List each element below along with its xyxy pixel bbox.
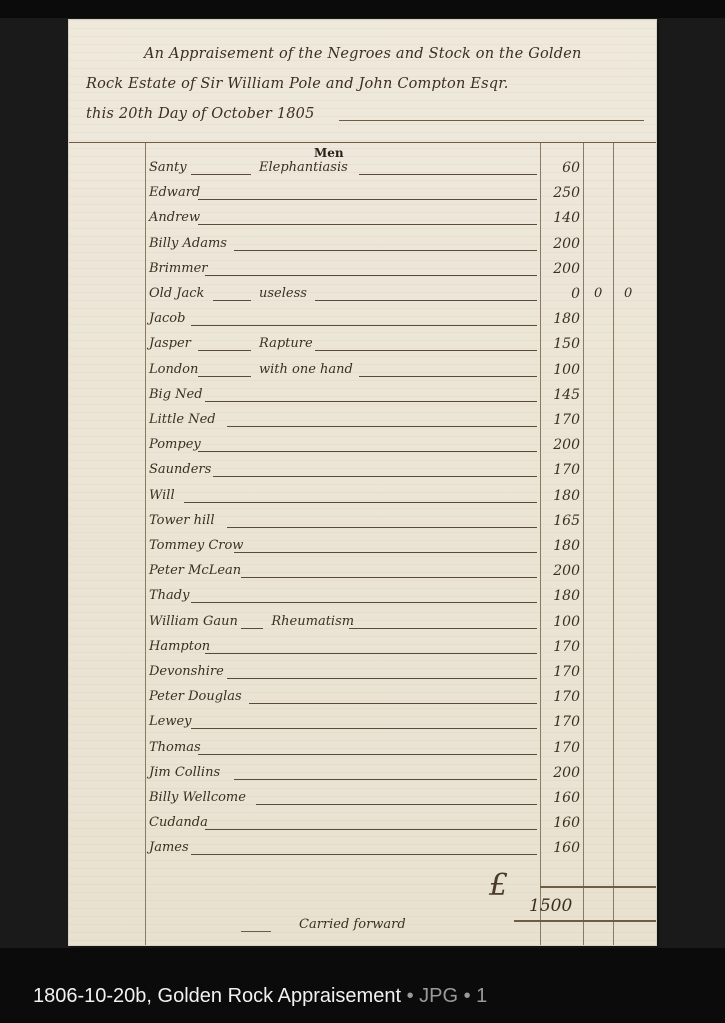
row-name: Thady (149, 588, 189, 603)
row-value: 145 (542, 387, 580, 403)
caption-separator-1: • (401, 985, 419, 1007)
row-value: 180 (542, 538, 580, 554)
extra-column-rule (613, 143, 614, 945)
row-name: James (149, 840, 189, 855)
total-value: 1500 (529, 896, 572, 916)
row-name: Billy Adams (149, 236, 227, 251)
row-leader-line (184, 502, 537, 503)
row-value: 170 (542, 740, 580, 756)
row-leader-line (205, 401, 537, 402)
row-name: Santy (149, 160, 187, 175)
row-leader-line (191, 602, 537, 603)
row-value: 100 (542, 362, 580, 378)
row-value: 0 (542, 286, 580, 302)
heading-underline (339, 120, 644, 121)
row-value: 200 (542, 563, 580, 579)
row-value: 200 (542, 765, 580, 781)
row-leader-line (205, 829, 537, 830)
total-top-rule (540, 886, 656, 888)
heading-line-3: this 20th Day of October 1805 (86, 106, 315, 122)
row-leader-line (198, 350, 251, 351)
row-leader-line (234, 250, 537, 251)
row-leader-line (205, 275, 537, 276)
row-name: Tommey Crow (149, 538, 243, 553)
row-name: Brimmer (149, 261, 208, 276)
row-name: Billy Wellcome (149, 790, 246, 805)
row-leader-line (198, 199, 537, 200)
row-extra-value: 0 (594, 286, 602, 301)
row-value: 160 (542, 790, 580, 806)
row-value: 160 (542, 815, 580, 831)
caption-format: JPG (419, 985, 458, 1007)
row-name: Andrew (149, 210, 200, 225)
row-value: 200 (542, 236, 580, 252)
row-value: 160 (542, 840, 580, 856)
document-page: An Appraisement of the Negroes and Stock… (69, 20, 656, 945)
row-name: Jim Collins (149, 765, 220, 780)
caption-separator-2: • (458, 985, 476, 1007)
ledger-margin-rule (145, 143, 146, 945)
row-name: William Gaun (149, 614, 238, 629)
row-leader-line (205, 653, 537, 654)
row-leader-line (349, 628, 537, 629)
row-extra-value: 0 (624, 286, 632, 301)
row-name: Tower hill (149, 513, 215, 528)
value-column-left-rule (540, 143, 541, 945)
row-value: 250 (542, 185, 580, 201)
row-leader-line (191, 325, 537, 326)
caption-title: 1806-10-20b, Golden Rock Appraisement (33, 985, 401, 1007)
row-leader-line (191, 854, 537, 855)
caption-count: 1 (476, 985, 487, 1007)
row-name: Little Ned (149, 412, 216, 427)
row-leader-line (234, 779, 537, 780)
row-value: 200 (542, 261, 580, 277)
row-leader-line (191, 174, 251, 175)
row-name: Devonshire (149, 664, 224, 679)
row-name: Old Jack (149, 286, 204, 301)
row-note: with one hand (259, 362, 353, 377)
heading-line-1: An Appraisement of the Negroes and Stock… (144, 46, 582, 62)
row-note: Rheumatism (271, 614, 354, 629)
value-column-right-rule (583, 143, 584, 945)
image-caption: 1806-10-20b, Golden Rock Appraisement • … (33, 985, 487, 1008)
row-name: Will (149, 488, 175, 503)
row-note: useless (259, 286, 307, 301)
row-leader-line (234, 552, 537, 553)
ledger-top-rule (69, 142, 656, 143)
heading-line-2: Rock Estate of Sir William Pole and John… (86, 76, 509, 92)
total-bottom-rule (514, 920, 656, 922)
row-name: Hampton (149, 639, 210, 654)
row-leader-line (227, 678, 537, 679)
row-value: 165 (542, 513, 580, 529)
row-value: 150 (542, 336, 580, 352)
row-leader-line (315, 350, 537, 351)
row-name: Pompey (149, 437, 201, 452)
row-value: 170 (542, 689, 580, 705)
pound-symbol: £ (489, 868, 508, 903)
row-leader-line (198, 451, 537, 452)
row-leader-line (227, 426, 537, 427)
row-name: Big Ned (149, 387, 203, 402)
row-value: 180 (542, 588, 580, 604)
row-leader-line (191, 728, 537, 729)
row-name: Cudanda (149, 815, 208, 830)
row-name: Thomas (149, 740, 201, 755)
row-note: Rapture (259, 336, 313, 351)
row-name: Saunders (149, 462, 211, 477)
carried-forward-text: Carried forward (299, 917, 406, 932)
row-leader-line (249, 703, 537, 704)
row-value: 170 (542, 412, 580, 428)
row-leader-line (359, 174, 537, 175)
row-value: 170 (542, 664, 580, 680)
row-value: 180 (542, 311, 580, 327)
footer-dash-left (241, 931, 271, 932)
row-leader-line (256, 804, 537, 805)
row-name: Peter Douglas (149, 689, 242, 704)
row-value: 100 (542, 614, 580, 630)
row-leader-line (198, 376, 251, 377)
row-name: London (149, 362, 198, 377)
row-name: Lewey (149, 714, 192, 729)
row-leader-line (198, 224, 537, 225)
row-value: 140 (542, 210, 580, 226)
row-leader-line (213, 300, 251, 301)
row-value: 180 (542, 488, 580, 504)
row-value: 60 (542, 160, 580, 176)
row-name: Edward (149, 185, 200, 200)
row-leader-line (241, 577, 537, 578)
row-value: 170 (542, 714, 580, 730)
row-value: 170 (542, 462, 580, 478)
row-leader-line (241, 628, 263, 629)
row-note: Elephantiasis (259, 160, 348, 175)
row-name: Jacob (149, 311, 185, 326)
row-leader-line (227, 527, 537, 528)
row-value: 200 (542, 437, 580, 453)
section-label-men: Men (314, 146, 344, 160)
row-leader-line (213, 476, 537, 477)
row-name: Peter McLean (149, 563, 241, 578)
row-leader-line (359, 376, 537, 377)
row-leader-line (198, 754, 537, 755)
row-leader-line (315, 300, 537, 301)
row-name: Jasper (149, 336, 191, 351)
row-value: 170 (542, 639, 580, 655)
